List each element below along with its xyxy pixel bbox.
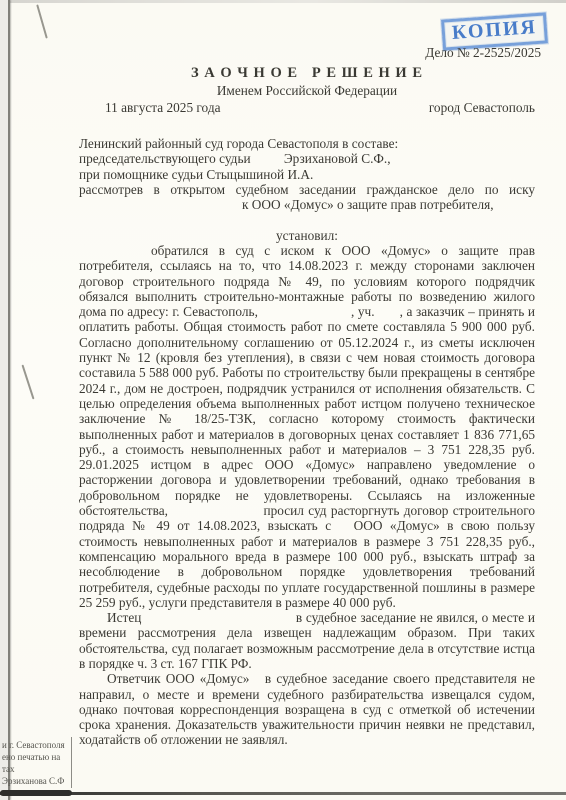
scan-bottom-line <box>0 792 566 795</box>
date-place-row: 11 августа 2025 года город Севастополь <box>79 100 535 115</box>
claim-facts-paragraph: обратился в суд с иском к ООО «Домус» о … <box>79 243 535 610</box>
decision-date: 11 августа 2025 года <box>79 100 220 115</box>
judge-assistant-line: при помощнике судьи Стыцышиной И.А. <box>79 167 535 182</box>
certification-stamp-line: Эрзиханова С.Ф <box>2 775 65 787</box>
scanned-court-document-page: КОПИЯ Дело № 2-2525/2025 З А О Ч Н О Е Р… <box>0 0 566 800</box>
case-review-line: рассмотрев в открытом судебном заседании… <box>79 182 535 197</box>
presiding-judge-line: председательствующего судьи Эрзихановой … <box>79 151 535 166</box>
court-composition-block: Ленинский районный суд города Севастопол… <box>79 136 535 212</box>
certification-stamp-divider <box>71 737 72 788</box>
certification-stamp-line: ено печатью на <box>2 751 65 763</box>
pen-mark-left <box>21 365 34 400</box>
pen-mark-top <box>36 4 48 38</box>
decision-city: город Севастополь <box>429 100 535 115</box>
decision-title: З А О Ч Н О Е Р Е Ш Е Н И Е <box>79 66 535 81</box>
document-body: Дело № 2-2525/2025 З А О Ч Н О Е Р Е Ш Е… <box>79 0 535 748</box>
plaintiff-absence-paragraph: Истец в судебное заседание не явился, о … <box>79 610 535 671</box>
defendant-absence-paragraph: Ответчик ООО «Домус» в судебное заседани… <box>79 671 535 747</box>
defendant-claim-line: к ООО «Домус» о защите прав потребителя, <box>79 197 535 212</box>
scan-left-edge <box>0 0 10 800</box>
decision-subtitle: Именем Российской Федерации <box>79 83 535 98</box>
established-heading: установил: <box>79 228 535 243</box>
certification-stamp-line: тах <box>2 763 65 775</box>
case-number: Дело № 2-2525/2025 <box>79 45 541 60</box>
certification-stamp-fragment: и г. Севастополя ено печатью на тах Эрзи… <box>2 739 65 787</box>
certification-stamp-line: и г. Севастополя <box>2 739 65 751</box>
court-name-line: Ленинский районный суд города Севастопол… <box>79 136 535 151</box>
scan-bottom-line-thick <box>0 790 72 796</box>
